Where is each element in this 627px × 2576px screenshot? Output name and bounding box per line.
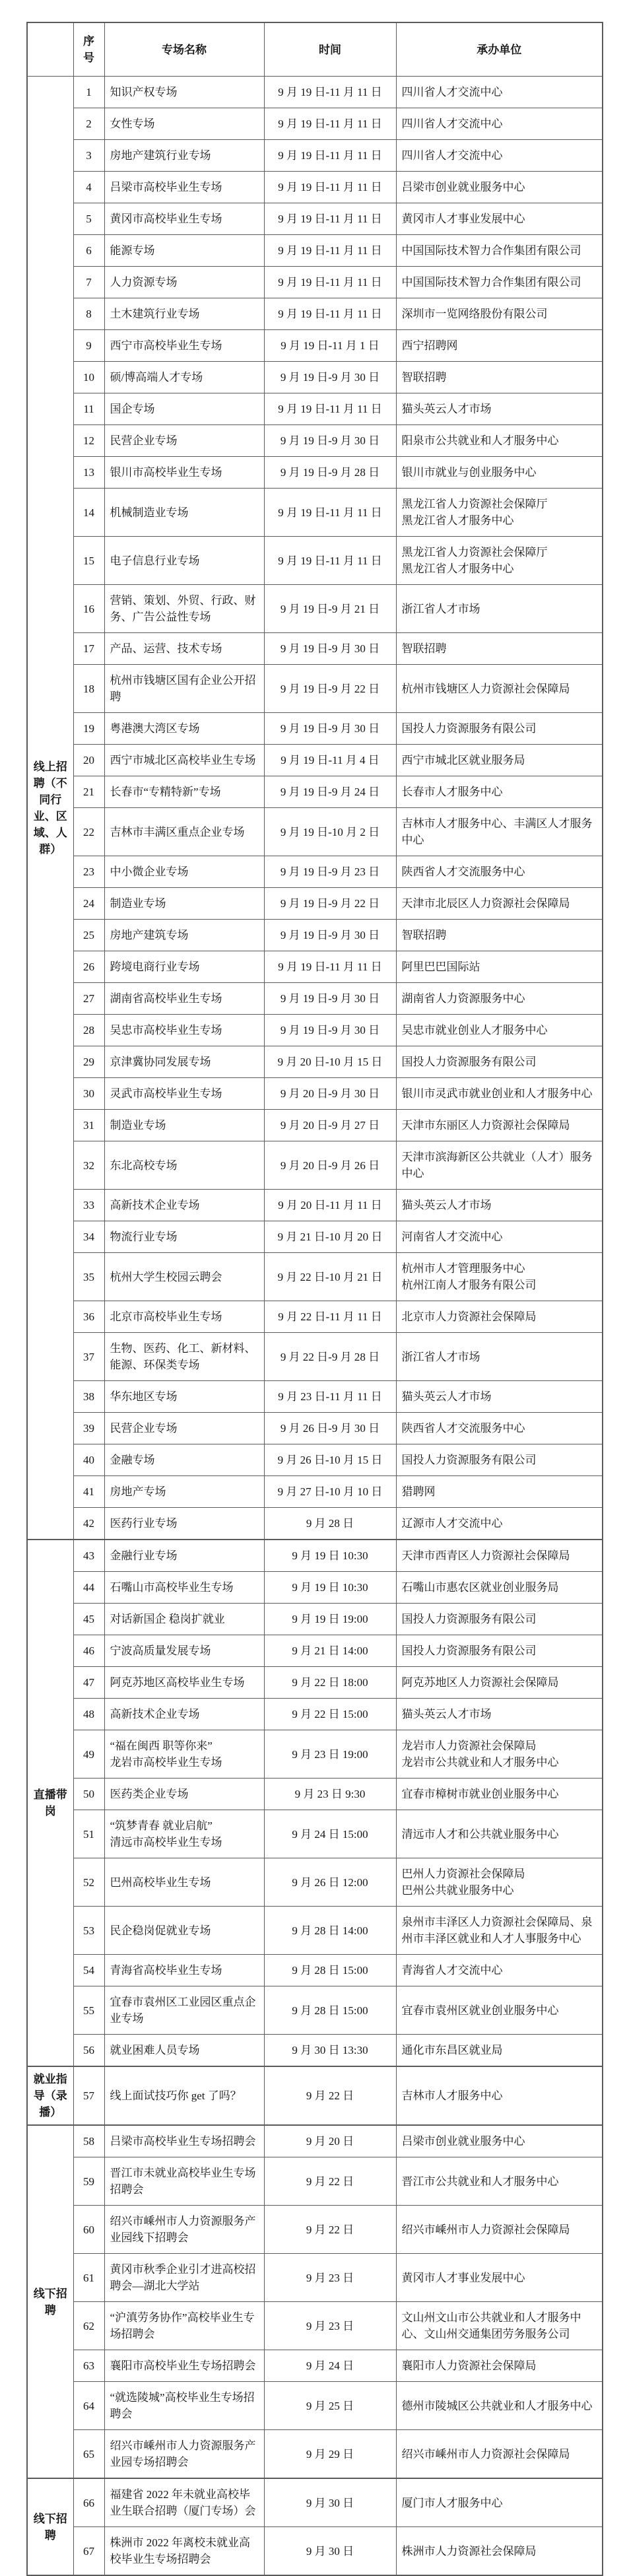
organizer: 德州市陵城区公共就业和人才服务中心 [396,2382,603,2430]
row-index: 27 [73,983,104,1015]
event-time: 9 月 20 日-10 月 15 日 [264,1046,396,1078]
event-time: 9 月 22 日-11 月 11 日 [264,1301,396,1333]
row-index: 4 [73,172,104,203]
event-name: 湖南省高校毕业生专场 [104,983,264,1015]
event-time: 9 月 19 日-11 月 11 日 [264,267,396,298]
organizer: 通化市东昌区就业局 [396,2035,603,2067]
event-name: “沪滇劳务协作”高校毕业生专场招聘会 [104,2302,264,2350]
organizer: 长春市人才服务中心 [396,776,603,808]
organizer: 西宁市城北区就业服务局 [396,745,603,776]
organizer: 阿里巴巴国际站 [396,951,603,983]
row-index: 42 [73,1508,104,1540]
table-row: 67株洲市 2022 年离校未就业高校毕业生专场招聘会9 月 30 日株洲市人力… [27,2527,603,2576]
header-category [27,22,73,77]
organizer: 湖南省人力资源服务中心 [396,983,603,1015]
event-time: 9 月 19 日-11 月 11 日 [264,140,396,172]
event-name: 房地产专场 [104,1476,264,1508]
row-index: 1 [73,77,104,108]
header-organizer: 承办单位 [396,22,603,77]
row-index: 35 [73,1253,104,1301]
event-name: 房地产建筑专场 [104,920,264,951]
organizer: 清远市人才和公共就业服务中心 [396,1810,603,1858]
table-row: 60绍兴市嵊州市人力资源服务产业园线下招聘会9 月 22 日绍兴市嵊州市人力资源… [27,2206,603,2254]
organizer: 智联招聘 [396,633,603,665]
table-row: 11国企专场9 月 19 日-11 月 11 日猫头英云人才市场 [27,393,603,425]
organizer: 泉州市丰泽区人力资源社会保障局、泉州市丰泽区就业和人才人事服务中心 [396,1907,603,1955]
event-time: 9 月 19 日-11 月 11 日 [264,203,396,235]
table-row: 12民营企业专场9 月 19 日-9 月 30 日阳泉市公共就业和人才服务中心 [27,425,603,457]
event-time: 9 月 23 日 9:30 [264,1779,396,1810]
organizer: 龙岩市人力资源社会保障局 龙岩市公共就业和人才服务中心 [396,1730,603,1779]
event-time: 9 月 23 日 [264,2302,396,2350]
organizer: 厦门市人才服务中心 [396,2478,603,2527]
table-row: 52巴州高校毕业生专场9 月 26 日 12:00巴州人力资源社会保障局 巴州公… [27,1858,603,1907]
table-row: 就业指导（录播）57线上面试技巧你 get 了吗？9 月 22 日吉林市人才服务… [27,2066,603,2125]
organizer: 国投人力资源服务有限公司 [396,1604,603,1635]
organizer: 国投人力资源服务有限公司 [396,1444,603,1476]
table-row: 线上招聘（不同行业、区域、人群）1知识产权专场9 月 19 日-11 月 11 … [27,77,603,108]
event-name: 宁波高质量发展专场 [104,1635,264,1667]
row-index: 39 [73,1413,104,1444]
table-row: 61黄冈市秋季企业引才进高校招聘会—湖北大学站9 月 23 日黄冈市人才事业发展… [27,2254,603,2302]
organizer: 河南省人才交流中心 [396,1221,603,1253]
table-row: 23中小微企业专场9 月 19 日-9 月 23 日陕西省人才交流服务中心 [27,856,603,888]
event-time: 9 月 19 日-11 月 11 日 [264,489,396,537]
row-index: 60 [73,2206,104,2254]
event-time: 9 月 19 日-9 月 30 日 [264,633,396,665]
row-index: 22 [73,808,104,856]
event-name: 产品、运营、技术专场 [104,633,264,665]
document-page: 序 号 专场名称 时间 承办单位 线上招聘（不同行业、区域、人群）1知识产权专场… [0,0,627,2576]
event-time: 9 月 19 日-11 月 11 日 [264,298,396,330]
table-row: 36北京市高校毕业生专场9 月 22 日-11 月 11 日北京市人力资源社会保… [27,1301,603,1333]
event-time: 9 月 21 日 14:00 [264,1635,396,1667]
event-time: 9 月 19 日-11 月 11 日 [264,951,396,983]
event-time: 9 月 24 日 15:00 [264,1810,396,1858]
event-name: 土木建筑行业专场 [104,298,264,330]
row-index: 56 [73,2035,104,2067]
event-name: 金融行业专场 [104,1540,264,1572]
event-time: 9 月 19 日-9 月 22 日 [264,665,396,713]
table-row: 19粤港澳大湾区专场9 月 19 日-9 月 30 日国投人力资源服务有限公司 [27,713,603,745]
table-row: 55宜春市袁州区工业园区重点企业专场9 月 28 日 15:00宜春市袁州区就业… [27,1986,603,2035]
event-time: 9 月 26 日 12:00 [264,1858,396,1907]
event-name: 杭州大学生校园云聘会 [104,1253,264,1301]
event-name: 生物、医药、化工、新材料、能源、环保类专场 [104,1333,264,1381]
event-name: 吕梁市高校毕业生专场 [104,172,264,203]
event-name: 东北高校专场 [104,1141,264,1190]
organizer: 株洲市人力资源社会保障局 [396,2527,603,2576]
event-time: 9 月 23 日 19:00 [264,1730,396,1779]
organizer: 天津市北辰区人力资源社会保障局 [396,888,603,920]
event-time: 9 月 19 日-9 月 30 日 [264,983,396,1015]
event-name: 株洲市 2022 年离校未就业高校毕业生专场招聘会 [104,2527,264,2576]
event-time: 9 月 22 日 [264,2066,396,2125]
event-name: 北京市高校毕业生专场 [104,1301,264,1333]
organizer: 深圳市一览网络股份有限公司 [396,298,603,330]
organizer: 辽源市人才交流中心 [396,1508,603,1540]
event-name: 能源专场 [104,235,264,267]
row-index: 31 [73,1110,104,1141]
table-row: 直播带岗43金融行业专场9 月 19 日 10:30天津市西青区人力资源社会保障… [27,1540,603,1572]
table-row: 24制造业专场9 月 19 日-9 月 22 日天津市北辰区人力资源社会保障局 [27,888,603,920]
event-time: 9 月 27 日-10 月 10 日 [264,1476,396,1508]
event-time: 9 月 28 日 15:00 [264,1955,396,1986]
row-index: 3 [73,140,104,172]
row-index: 45 [73,1604,104,1635]
organizer: 吉林市人才服务中心、丰满区人才服务中心 [396,808,603,856]
organizer: 中国国际技术智力合作集团有限公司 [396,267,603,298]
table-row: 13银川市高校毕业生专场9 月 19 日-9 月 28 日银川市就业与创业服务中… [27,457,603,489]
organizer: 银川市灵武市就业创业和人才服务中心 [396,1078,603,1110]
organizer: 宜春市袁州区就业创业服务中心 [396,1986,603,2035]
event-name: “筑梦青春 就业启航” 清远市高校毕业生专场 [104,1810,264,1858]
event-name: 医药类企业专场 [104,1779,264,1810]
event-name: 阿克苏地区高校毕业生专场 [104,1667,264,1699]
event-time: 9 月 20 日 [264,2125,396,2157]
table-row: 53民企稳岗促就业专场9 月 28 日 14:00泉州市丰泽区人力资源社会保障局… [27,1907,603,1955]
event-time: 9 月 19 日-11 月 11 日 [264,172,396,203]
table-row: 56就业困难人员专场9 月 30 日 13:30通化市东昌区就业局 [27,2035,603,2067]
table-row: 63襄阳市高校毕业生专场招聘会9 月 24 日襄阳市人力资源社会保障局 [27,2350,603,2382]
row-index: 37 [73,1333,104,1381]
organizer: 浙江省人才市场 [396,585,603,633]
event-name: 高新技术企业专场 [104,1190,264,1221]
row-index: 17 [73,633,104,665]
event-time: 9 月 19 日-11 月 11 日 [264,235,396,267]
organizer: 黄冈市人才事业发展中心 [396,2254,603,2302]
row-index: 30 [73,1078,104,1110]
row-index: 16 [73,585,104,633]
row-index: 36 [73,1301,104,1333]
event-time: 9 月 28 日 14:00 [264,1907,396,1955]
organizer: 西宁招聘网 [396,330,603,362]
category-cell: 线上招聘（不同行业、区域、人群） [27,77,73,1540]
table-body: 线上招聘（不同行业、区域、人群）1知识产权专场9 月 19 日-11 月 11 … [27,77,603,2576]
table-row: 48高新技术企业专场9 月 22 日 15:00猫头英云人才市场 [27,1699,603,1730]
event-name: 绍兴市嵊州市人力资源服务产业园专场招聘会 [104,2430,264,2479]
event-name: 硕/博高端人才专场 [104,362,264,393]
event-time: 9 月 30 日 [264,2527,396,2576]
event-name: 对话新国企 稳岗扩就业 [104,1604,264,1635]
row-index: 26 [73,951,104,983]
row-index: 20 [73,745,104,776]
row-index: 67 [73,2527,104,2576]
row-index: 41 [73,1476,104,1508]
organizer: 北京市人力资源社会保障局 [396,1301,603,1333]
table-row: 6能源专场9 月 19 日-11 月 11 日中国国际技术智力合作集团有限公司 [27,235,603,267]
event-name: “福在闽西 职等你来” 龙岩市高校毕业生专场 [104,1730,264,1779]
table-row: 38华东地区专场9 月 23 日-11 月 11 日猫头英云人才市场 [27,1381,603,1413]
event-time: 9 月 30 日 13:30 [264,2035,396,2067]
organizer: 国投人力资源服务有限公司 [396,1046,603,1078]
event-name: 民营企业专场 [104,425,264,457]
row-index: 34 [73,1221,104,1253]
event-time: 9 月 22 日 15:00 [264,1699,396,1730]
table-row: 29京津冀协同发展专场9 月 20 日-10 月 15 日国投人力资源服务有限公… [27,1046,603,1078]
event-name: 跨境电商行业专场 [104,951,264,983]
row-index: 51 [73,1810,104,1858]
row-index: 18 [73,665,104,713]
table-row: 64“就选陵城”高校毕业生专场招聘会9 月 25 日德州市陵城区公共就业和人才服… [27,2382,603,2430]
table-row: 10硕/博高端人才专场9 月 19 日-9 月 30 日智联招聘 [27,362,603,393]
row-index: 53 [73,1907,104,1955]
category-cell: 线下招聘 [27,2478,73,2575]
category-cell: 就业指导（录播） [27,2066,73,2125]
row-index: 13 [73,457,104,489]
organizer: 猫头英云人才市场 [396,393,603,425]
table-row: 49“福在闽西 职等你来” 龙岩市高校毕业生专场9 月 23 日 19:00龙岩… [27,1730,603,1779]
event-time: 9 月 20 日-9 月 27 日 [264,1110,396,1141]
row-index: 24 [73,888,104,920]
event-time: 9 月 19 日-9 月 22 日 [264,888,396,920]
table-row: 3房地产建筑行业专场9 月 19 日-11 月 11 日四川省人才交流中心 [27,140,603,172]
event-name: 民营企业专场 [104,1413,264,1444]
event-name: 高新技术企业专场 [104,1699,264,1730]
event-time: 9 月 26 日-10 月 15 日 [264,1444,396,1476]
organizer: 黄冈市人才事业发展中心 [396,203,603,235]
row-index: 55 [73,1986,104,2035]
row-index: 2 [73,108,104,140]
event-time: 9 月 20 日-9 月 30 日 [264,1078,396,1110]
event-name: 机械制造业专场 [104,489,264,537]
organizer: 绍兴市嵊州市人力资源社会保障局 [396,2206,603,2254]
row-index: 66 [73,2478,104,2527]
event-name: 国企专场 [104,393,264,425]
row-index: 7 [73,267,104,298]
table-row: 8土木建筑行业专场9 月 19 日-11 月 11 日深圳市一览网络股份有限公司 [27,298,603,330]
table-row: 65绍兴市嵊州市人力资源服务产业园专场招聘会9 月 29 日绍兴市嵊州市人力资源… [27,2430,603,2479]
event-name: 京津冀协同发展专场 [104,1046,264,1078]
organizer: 石嘴山市惠农区就业创业服务局 [396,1572,603,1604]
table-row: 31制造业专场9 月 20 日-9 月 27 日天津市东丽区人力资源社会保障局 [27,1110,603,1141]
row-index: 8 [73,298,104,330]
event-time: 9 月 22 日 [264,2157,396,2206]
row-index: 38 [73,1381,104,1413]
event-name: 人力资源专场 [104,267,264,298]
organizer: 吉林市人才服务中心 [396,2066,603,2125]
row-index: 28 [73,1015,104,1046]
table-row: 41房地产专场9 月 27 日-10 月 10 日猎聘网 [27,1476,603,1508]
table-row: 27湖南省高校毕业生专场9 月 19 日-9 月 30 日湖南省人力资源服务中心 [27,983,603,1015]
event-time: 9 月 22 日-10 月 21 日 [264,1253,396,1301]
row-index: 33 [73,1190,104,1221]
event-name: 民企稳岗促就业专场 [104,1907,264,1955]
event-time: 9 月 30 日 [264,2478,396,2527]
row-index: 57 [73,2066,104,2125]
row-index: 43 [73,1540,104,1572]
organizer: 猫头英云人才市场 [396,1381,603,1413]
table-row: 30灵武市高校毕业生专场9 月 20 日-9 月 30 日银川市灵武市就业创业和… [27,1078,603,1110]
event-name: 长春市“专精特新”专场 [104,776,264,808]
organizer: 晋江市公共就业和人才服务中心 [396,2157,603,2206]
table-row: 37生物、医药、化工、新材料、能源、环保类专场9 月 22 日-9 月 28 日… [27,1333,603,1381]
table-row: 59晋江市未就业高校毕业生专场招聘会9 月 22 日晋江市公共就业和人才服务中心 [27,2157,603,2206]
organizer: 襄阳市人力资源社会保障局 [396,2350,603,2382]
organizer: 猫头英云人才市场 [396,1190,603,1221]
event-time: 9 月 23 日-11 月 11 日 [264,1381,396,1413]
event-name: 西宁市城北区高校毕业生专场 [104,745,264,776]
table-row: 21长春市“专精特新”专场9 月 19 日-9 月 24 日长春市人才服务中心 [27,776,603,808]
event-time: 9 月 24 日 [264,2350,396,2382]
row-index: 64 [73,2382,104,2430]
event-time: 9 月 19 日-11 月 11 日 [264,393,396,425]
event-time: 9 月 19 日 10:30 [264,1540,396,1572]
event-time: 9 月 19 日-11 月 11 日 [264,537,396,585]
event-name: 杭州市钱塘区国有企业公开招聘 [104,665,264,713]
event-time: 9 月 19 日-9 月 30 日 [264,713,396,745]
event-name: 电子信息行业专场 [104,537,264,585]
category-cell: 线下招聘 [27,2125,73,2478]
event-name: 制造业专场 [104,1110,264,1141]
event-name: 华东地区专场 [104,1381,264,1413]
organizer: 杭州市钱塘区人力资源社会保障局 [396,665,603,713]
event-time: 9 月 19 日-9 月 30 日 [264,362,396,393]
table-row: 62“沪滇劳务协作”高校毕业生专场招聘会9 月 23 日文山州文山市公共就业和人… [27,2302,603,2350]
event-time: 9 月 21 日-10 月 20 日 [264,1221,396,1253]
organizer: 宜春市樟树市就业创业服务中心 [396,1779,603,1810]
event-name: 中小微企业专场 [104,856,264,888]
event-name: 灵武市高校毕业生专场 [104,1078,264,1110]
organizer: 四川省人才交流中心 [396,77,603,108]
row-index: 54 [73,1955,104,1986]
row-index: 63 [73,2350,104,2382]
row-index: 48 [73,1699,104,1730]
table-row: 线下招聘58吕梁市高校毕业生专场招聘会9 月 20 日吕梁市创业就业服务中心 [27,2125,603,2157]
event-name: 吉林市丰满区重点企业专场 [104,808,264,856]
event-time: 9 月 19 日-9 月 24 日 [264,776,396,808]
organizer: 陕西省人才交流服务中心 [396,1413,603,1444]
row-index: 9 [73,330,104,362]
event-name: 石嘴山市高校毕业生专场 [104,1572,264,1604]
organizer: 天津市东丽区人力资源社会保障局 [396,1110,603,1141]
organizer: 天津市西青区人力资源社会保障局 [396,1540,603,1572]
event-time: 9 月 20 日-11 月 11 日 [264,1190,396,1221]
organizer: 文山州文山市公共就业和人才服务中心、文山州交通集团劳务服务公司 [396,2302,603,2350]
row-index: 44 [73,1572,104,1604]
header-time: 时间 [264,22,396,77]
organizer: 智联招聘 [396,362,603,393]
row-index: 5 [73,203,104,235]
event-time: 9 月 19 日-11 月 11 日 [264,77,396,108]
event-time: 9 月 28 日 15:00 [264,1986,396,2035]
organizer: 陕西省人才交流服务中心 [396,856,603,888]
event-time: 9 月 19 日-9 月 23 日 [264,856,396,888]
organizer: 黑龙江省人力资源社会保障厅 黑龙江省人才服务中心 [396,489,603,537]
table-row: 5黄冈市高校毕业生专场9 月 19 日-11 月 11 日黄冈市人才事业发展中心 [27,203,603,235]
table-row: 18杭州市钱塘区国有企业公开招聘9 月 19 日-9 月 22 日杭州市钱塘区人… [27,665,603,713]
event-name: 粤港澳大湾区专场 [104,713,264,745]
table-row: 26跨境电商行业专场9 月 19 日-11 月 11 日阿里巴巴国际站 [27,951,603,983]
organizer: 四川省人才交流中心 [396,140,603,172]
row-index: 46 [73,1635,104,1667]
job-fair-schedule-table: 序 号 专场名称 时间 承办单位 线上招聘（不同行业、区域、人群）1知识产权专场… [26,22,603,2576]
row-index: 52 [73,1858,104,1907]
event-time: 9 月 26 日-9 月 30 日 [264,1413,396,1444]
organizer: 国投人力资源服务有限公司 [396,1635,603,1667]
table-row: 44石嘴山市高校毕业生专场9 月 19 日 10:30石嘴山市惠农区就业创业服务… [27,1572,603,1604]
organizer: 吕梁市创业就业服务中心 [396,2125,603,2157]
event-name: 福建省 2022 年未就业高校毕业生联合招聘（厦门专场）会 [104,2478,264,2527]
event-time: 9 月 19 日-11 月 1 日 [264,330,396,362]
table-row: 35杭州大学生校园云聘会9 月 22 日-10 月 21 日杭州市人才管理服务中… [27,1253,603,1301]
table-header: 序 号 专场名称 时间 承办单位 [27,22,603,77]
row-index: 50 [73,1779,104,1810]
organizer: 吕梁市创业就业服务中心 [396,172,603,203]
table-row: 40金融专场9 月 26 日-10 月 15 日国投人力资源服务有限公司 [27,1444,603,1476]
row-index: 61 [73,2254,104,2302]
event-time: 9 月 25 日 [264,2382,396,2430]
header-index: 序 号 [73,22,104,77]
event-time: 9 月 20 日-9 月 26 日 [264,1141,396,1190]
event-name: 宜春市袁州区工业园区重点企业专场 [104,1986,264,2035]
event-time: 9 月 19 日-10 月 2 日 [264,808,396,856]
event-name: 襄阳市高校毕业生专场招聘会 [104,2350,264,2382]
event-name: 金融专场 [104,1444,264,1476]
event-name: 就业困难人员专场 [104,2035,264,2067]
event-name: 房地产建筑行业专场 [104,140,264,172]
event-name: 绍兴市嵊州市人力资源服务产业园线下招聘会 [104,2206,264,2254]
event-name: 巴州高校毕业生专场 [104,1858,264,1907]
organizer: 青海省人才交流中心 [396,1955,603,1986]
event-time: 9 月 19 日 10:30 [264,1572,396,1604]
table-row: 17产品、运营、技术专场9 月 19 日-9 月 30 日智联招聘 [27,633,603,665]
organizer: 巴州人力资源社会保障局 巴州公共就业服务中心 [396,1858,603,1907]
row-index: 47 [73,1667,104,1699]
organizer: 吴忠市就业创业人才服务中心 [396,1015,603,1046]
event-time: 9 月 19 日-9 月 28 日 [264,457,396,489]
table-row: 9西宁市高校毕业生专场9 月 19 日-11 月 1 日西宁招聘网 [27,330,603,362]
category-cell: 直播带岗 [27,1540,73,2066]
event-time: 9 月 19 日-9 月 30 日 [264,1015,396,1046]
table-row: 25房地产建筑专场9 月 19 日-9 月 30 日智联招聘 [27,920,603,951]
event-name: 医药行业专场 [104,1508,264,1540]
event-time: 9 月 19 日-11 月 4 日 [264,745,396,776]
event-name: 女性专场 [104,108,264,140]
table-row: 14机械制造业专场9 月 19 日-11 月 11 日黑龙江省人力资源社会保障厅… [27,489,603,537]
event-name: 黄冈市高校毕业生专场 [104,203,264,235]
event-time: 9 月 19 日-9 月 30 日 [264,425,396,457]
header-name: 专场名称 [104,22,264,77]
table-row: 22吉林市丰满区重点企业专场9 月 19 日-10 月 2 日吉林市人才服务中心… [27,808,603,856]
organizer: 猎聘网 [396,1476,603,1508]
table-row: 32东北高校专场9 月 20 日-9 月 26 日天津市滨海新区公共就业（人才）… [27,1141,603,1190]
event-name: 线上面试技巧你 get 了吗？ [104,2066,264,2125]
row-index: 40 [73,1444,104,1476]
row-index: 10 [73,362,104,393]
row-index: 58 [73,2125,104,2157]
table-row: 45对话新国企 稳岗扩就业9 月 19 日 19:00国投人力资源服务有限公司 [27,1604,603,1635]
row-index: 62 [73,2302,104,2350]
row-index: 25 [73,920,104,951]
row-index: 65 [73,2430,104,2479]
table-row: 15电子信息行业专场9 月 19 日-11 月 11 日黑龙江省人力资源社会保障… [27,537,603,585]
organizer: 浙江省人才市场 [396,1333,603,1381]
row-index: 49 [73,1730,104,1779]
organizer: 天津市滨海新区公共就业（人才）服务中心 [396,1141,603,1190]
row-index: 12 [73,425,104,457]
event-name: 吴忠市高校毕业生专场 [104,1015,264,1046]
row-index: 29 [73,1046,104,1078]
organizer: 杭州市人才管理服务中心 杭州江南人才服务有限公司 [396,1253,603,1301]
event-name: 青海省高校毕业生专场 [104,1955,264,1986]
row-index: 6 [73,235,104,267]
event-time: 9 月 19 日-9 月 21 日 [264,585,396,633]
row-index: 11 [73,393,104,425]
row-index: 15 [73,537,104,585]
table-row: 2女性专场9 月 19 日-11 月 11 日四川省人才交流中心 [27,108,603,140]
table-row: 34物流行业专场9 月 21 日-10 月 20 日河南省人才交流中心 [27,1221,603,1253]
